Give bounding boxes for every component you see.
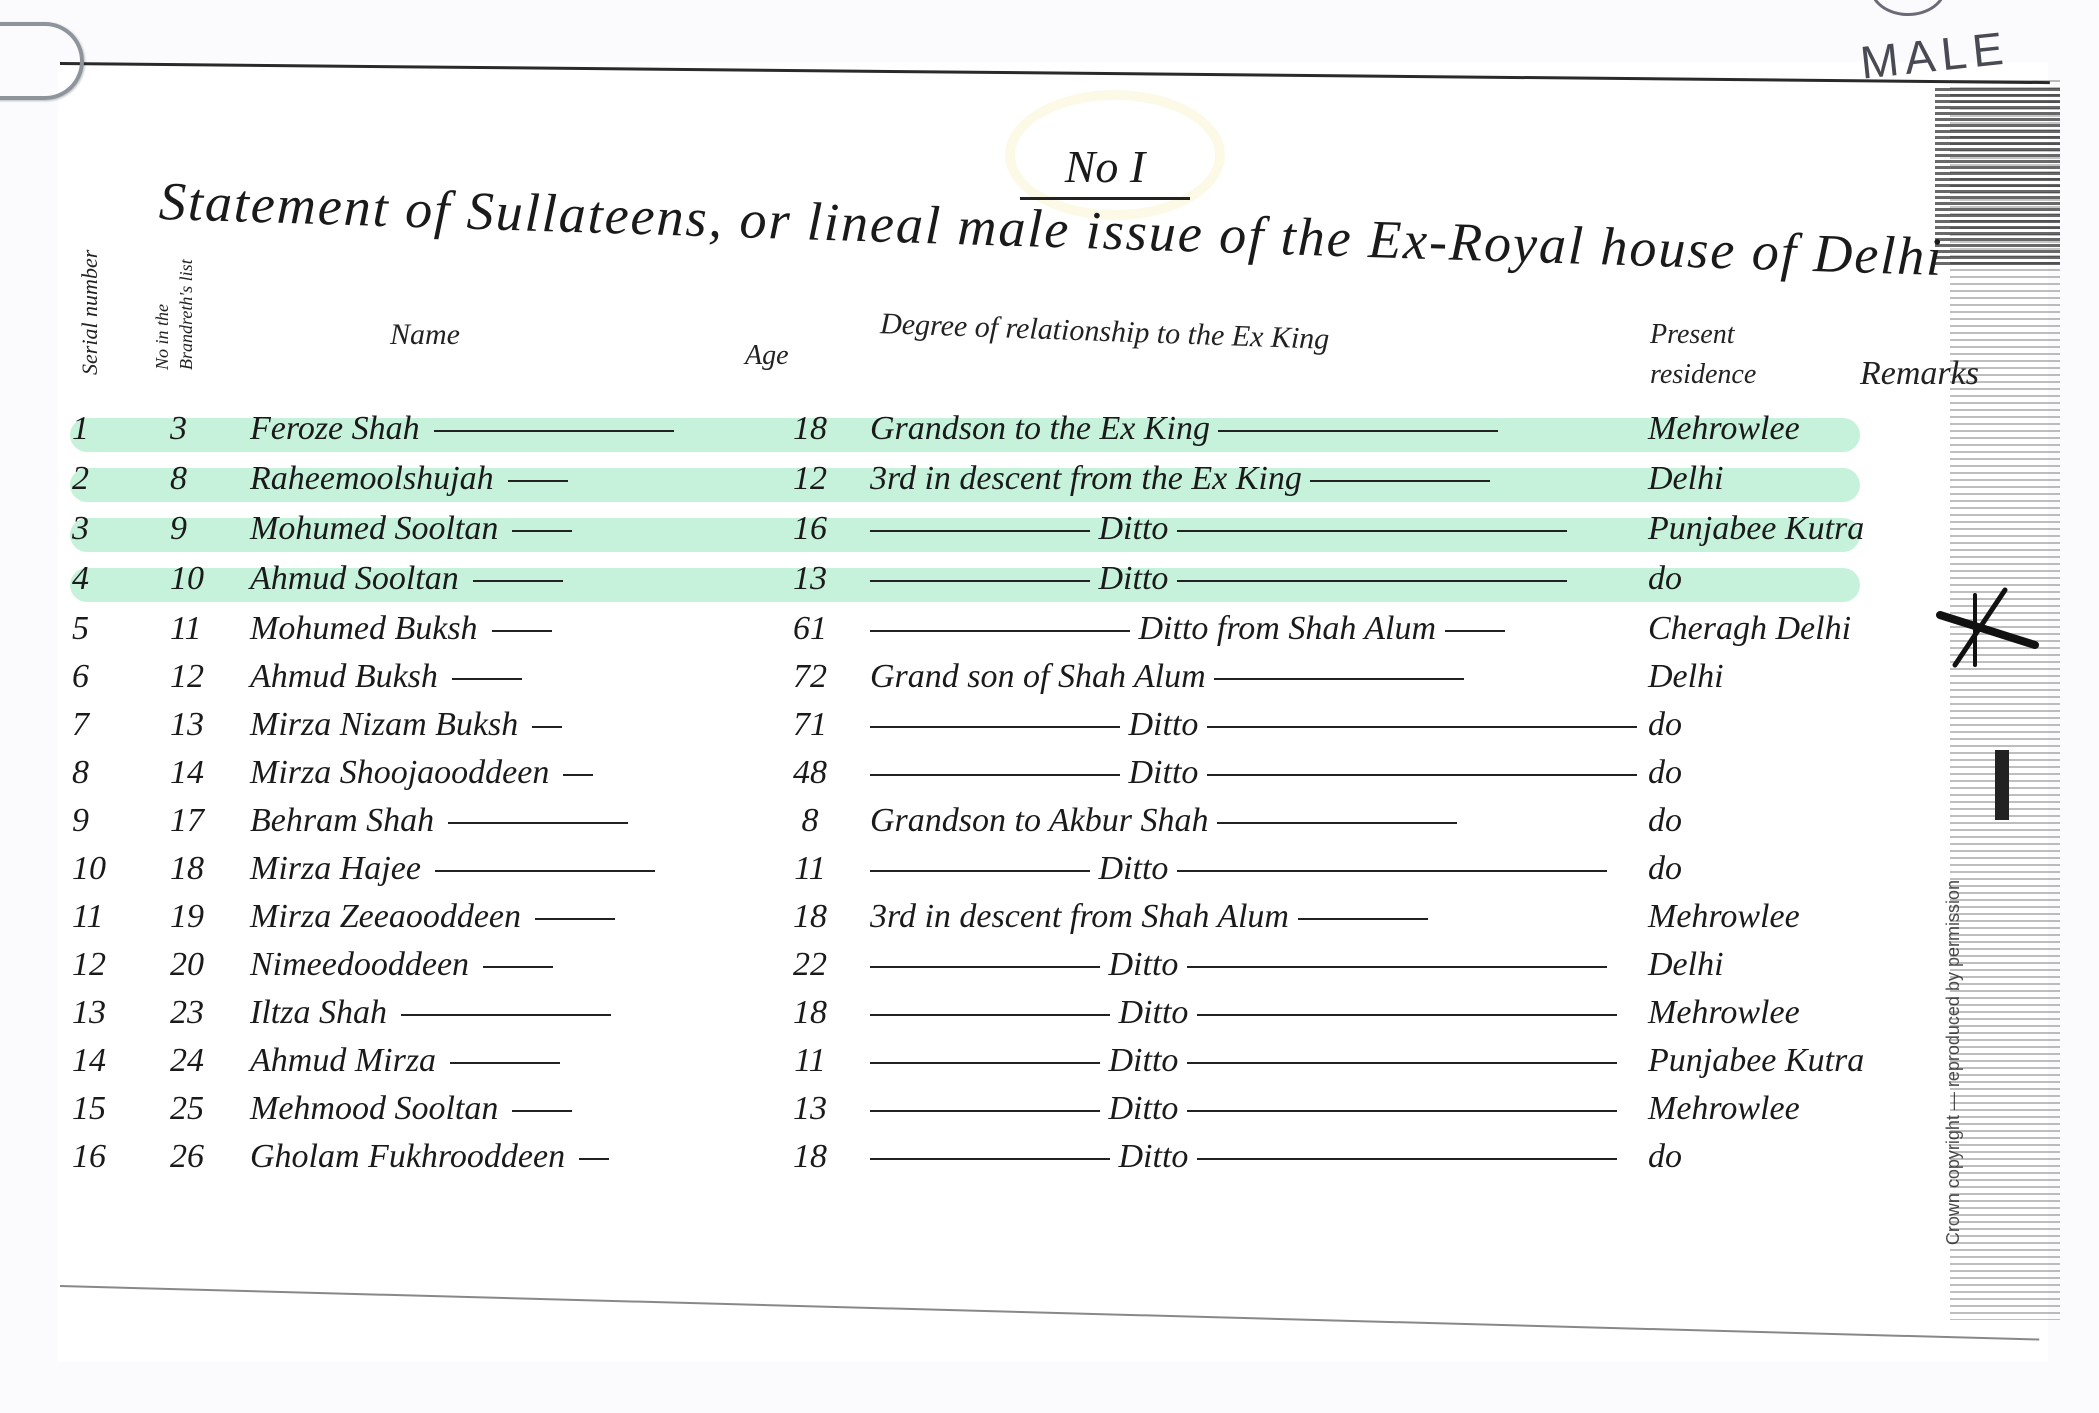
- table-row: 1 3 Feroze Shah 18 Grandson to the Ex Ki…: [60, 410, 1940, 456]
- table-row: 2 8 Raheemoolshujah 12 3rd in descent fr…: [60, 460, 1940, 506]
- header-age: Age: [745, 340, 789, 372]
- table-row: 14 24 Ahmud Mirza 11 Ditto Punjabee Kutr…: [60, 1042, 1940, 1088]
- circle-mark: [1870, 0, 1946, 16]
- table-row: 9 17 Behram Shah 8 Grandson to Akbur Sha…: [60, 802, 1940, 848]
- table-row: 13 23 Iltza Shah 18 Ditto Mehrowlee: [60, 994, 1940, 1040]
- table-row: 16 26 Gholam Fukhrooddeen 18 Ditto do: [60, 1138, 1940, 1184]
- archive-stamp: Crown copyright — reproduced by permissi…: [1940, 880, 1966, 1245]
- table-row: 12 20 Nimeedooddeen 22 Ditto Delhi: [60, 946, 1940, 992]
- table-row: 7 13 Mirza Nizam Buksh 71 Ditto do: [60, 706, 1940, 752]
- header-residence: Present residence: [1650, 315, 1810, 395]
- header-no-in-list: No in the Brandreth's list: [150, 220, 198, 370]
- table-row: 15 25 Mehmood Sooltan 13 Ditto Mehrowlee: [60, 1090, 1940, 1136]
- cross-mark-icon: [1935, 585, 2045, 675]
- table-row: 4 10 Ahmud Sooltan 13 Ditto do: [60, 560, 1940, 606]
- scan-edge-shadow-top: [1935, 88, 2060, 268]
- header-remarks: Remarks: [1860, 355, 1979, 393]
- table-row: 3 9 Mohumed Sooltan 16 Ditto Punjabee Ku…: [60, 510, 1940, 556]
- table-row: 11 19 Mirza Zeeaooddeen 18 3rd in descen…: [60, 898, 1940, 944]
- sheet-number: No I: [1020, 140, 1190, 200]
- header-name: Name: [390, 318, 460, 352]
- table-row: 8 14 Mirza Shoojaooddeen 48 Ditto do: [60, 754, 1940, 800]
- header-serial: Serial number: [78, 245, 102, 375]
- table-row: 10 18 Mirza Hajee 11 Ditto do: [60, 850, 1940, 896]
- table-row: 6 12 Ahmud Buksh 72 Grand son of Shah Al…: [60, 658, 1940, 704]
- paperclip-icon: [0, 22, 84, 100]
- table-row: 5 11 Mohumed Buksh 61 Ditto from Shah Al…: [60, 610, 1940, 656]
- stamp-mark: [1995, 750, 2009, 820]
